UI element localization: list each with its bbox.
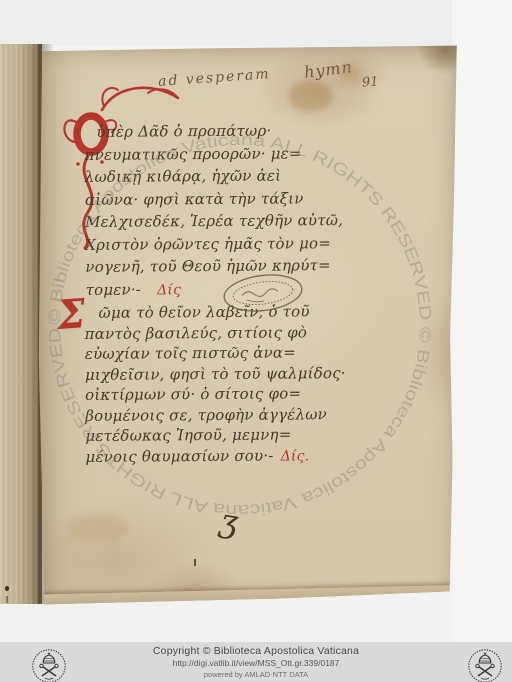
gutter-speck: [5, 586, 9, 591]
copyright-text: Copyright © Biblioteca Apostolica Vatica…: [0, 645, 512, 657]
watermark-text: © Biblioteca Apostolica Vaticana ALL RIG…: [46, 131, 434, 519]
digitized-manuscript-scan: ad vesperam hymn 91 Σ ὑπὲρ Δᾶδ ὁ προπάτω…: [0, 0, 512, 682]
vatican-library-seal-left: [31, 648, 67, 682]
copyright-watermark-ring: © Biblioteca Apostolica Vaticana ALL RIG…: [38, 44, 458, 606]
manuscript-page: ad vesperam hymn 91 Σ ὑπὲρ Δᾶδ ὁ προπάτω…: [38, 44, 458, 606]
footer-band: Copyright © Biblioteca Apostolica Vatica…: [0, 642, 512, 682]
svg-text:© Biblioteca Apostolica Vatica: © Biblioteca Apostolica Vaticana ALL RIG…: [46, 131, 434, 519]
powered-by-text: powered by AMLAD·NTT DATA: [0, 670, 512, 679]
previous-page-edge: [0, 44, 42, 604]
vatican-library-seal-right: [467, 648, 503, 682]
page-edge-streaks: [0, 44, 42, 604]
background-right-strip: [452, 0, 512, 642]
background-top-strip: [0, 0, 512, 46]
gutter-speck: [6, 596, 8, 603]
source-url: http://digi.vatlib.it/view/MSS_Ott.gr.33…: [0, 658, 512, 668]
